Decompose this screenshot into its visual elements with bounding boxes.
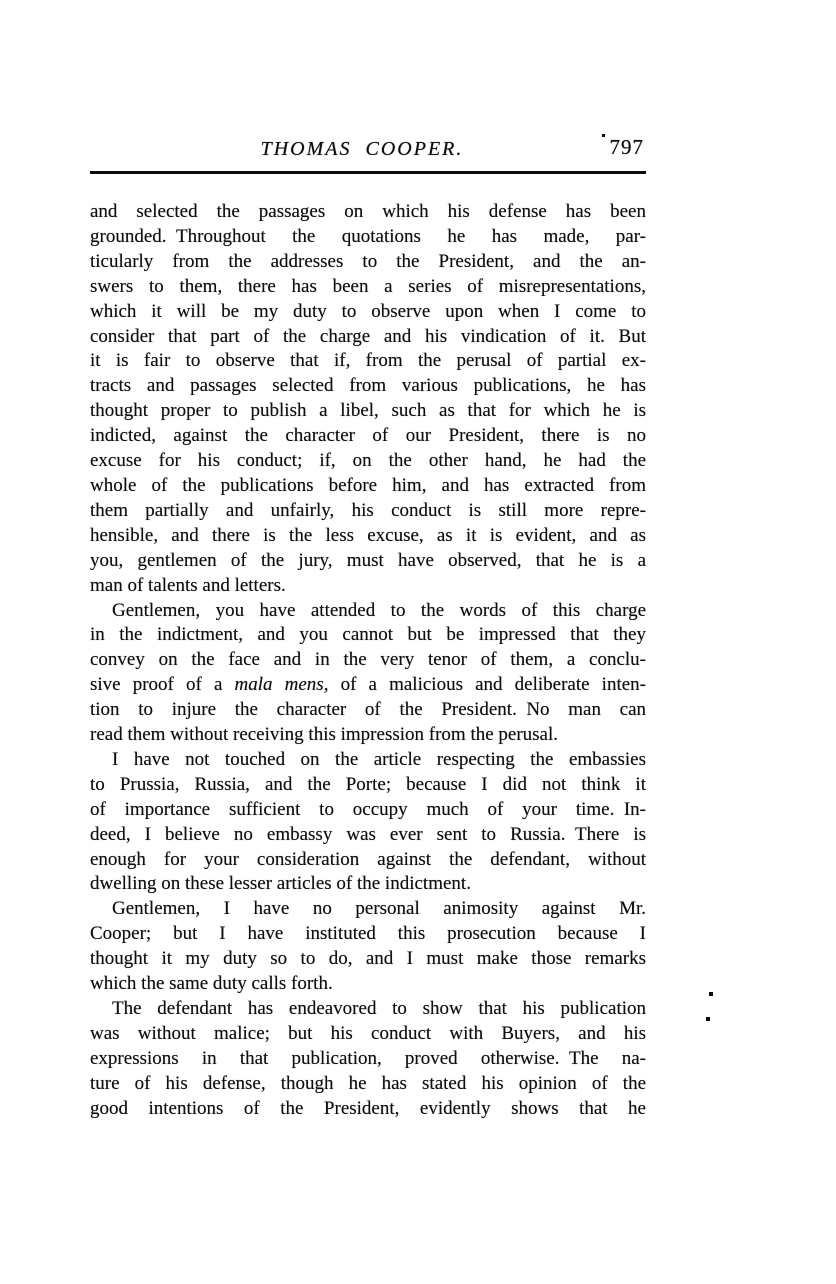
text-line: ture of his defense, though he has state… [90,1072,646,1097]
text-line: Gentlemen, you have attended to the word… [90,599,646,624]
text-line: tion to injure the character of the Pres… [90,698,646,723]
text-line: it is fair to observe that if, from the … [90,349,646,374]
text-line: The defendant has endeavored to show tha… [90,997,646,1022]
text-block: THOMAS COOPER. 797 and selected the pass… [90,130,646,1122]
text-line: thought proper to publish a libel, such … [90,399,646,424]
text-line: ticularly from the addresses to the Pres… [90,250,646,275]
text-line: indicted, against the character of our P… [90,424,646,449]
text-line: enough for your consideration against th… [90,848,646,873]
page-title: THOMAS COOPER. [261,139,464,159]
text-line: which it will be my duty to observe upon… [90,300,646,325]
running-head: THOMAS COOPER. 797 [90,130,646,174]
paragraph: and selected the passages on which his d… [90,200,646,599]
page-number: 797 [610,137,645,158]
text-line: and selected the passages on which his d… [90,200,646,225]
paragraph: The defendant has endeavored to show tha… [90,997,646,1122]
text-line: convey on the face and in the very tenor… [90,648,646,673]
text-line: to Prussia, Russia, and the Porte; becau… [90,773,646,798]
text-line: consider that part of the charge and his… [90,325,646,350]
text-line: I have not touched on the article respec… [90,748,646,773]
paragraph: Gentlemen, I have no personal animosity … [90,897,646,997]
page-body: and selected the passages on which his d… [90,200,646,1122]
ink-speck [709,992,713,996]
text-line: which the same duty calls forth. [90,972,646,997]
text-line: excuse for his conduct; if, on the other… [90,449,646,474]
text-line: tracts and passages selected from variou… [90,374,646,399]
text-line: whole of the publications before him, an… [90,474,646,499]
text-line: Gentlemen, I have no personal animosity … [90,897,646,922]
text-line: them partially and unfairly, his conduct… [90,499,646,524]
ink-speck [706,1017,710,1021]
text-line: dwelling on these lesser articles of the… [90,872,646,897]
text-line: swers to them, there has been a series o… [90,275,646,300]
text-line: hensible, and there is the less excuse, … [90,524,646,549]
ink-speck [602,134,605,137]
text-line: deed, I believe no embassy was ever sent… [90,823,646,848]
text-line: you, gentlemen of the jury, must have ob… [90,549,646,574]
text-line: Cooper; but I have instituted this prose… [90,922,646,947]
paragraph: I have not touched on the article respec… [90,748,646,897]
scanned-page: THOMAS COOPER. 797 and selected the pass… [0,0,836,1284]
text-line: good intentions of the President, eviden… [90,1097,646,1122]
text-line: man of talents and letters. [90,574,646,599]
text-line: was without malice; but his conduct with… [90,1022,646,1047]
text-line: thought it my duty so to do, and I must … [90,947,646,972]
text-line: in the indictment, and you cannot but be… [90,623,646,648]
text-line: expressions in that publication, proved … [90,1047,646,1072]
text-line: sive proof of a mala mens, of a maliciou… [90,673,646,698]
text-line: grounded. Throughout the quotations he h… [90,225,646,250]
paragraph: Gentlemen, you have attended to the word… [90,599,646,748]
text-line: of importance sufficient to occupy much … [90,798,646,823]
text-line: read them without receiving this impress… [90,723,646,748]
